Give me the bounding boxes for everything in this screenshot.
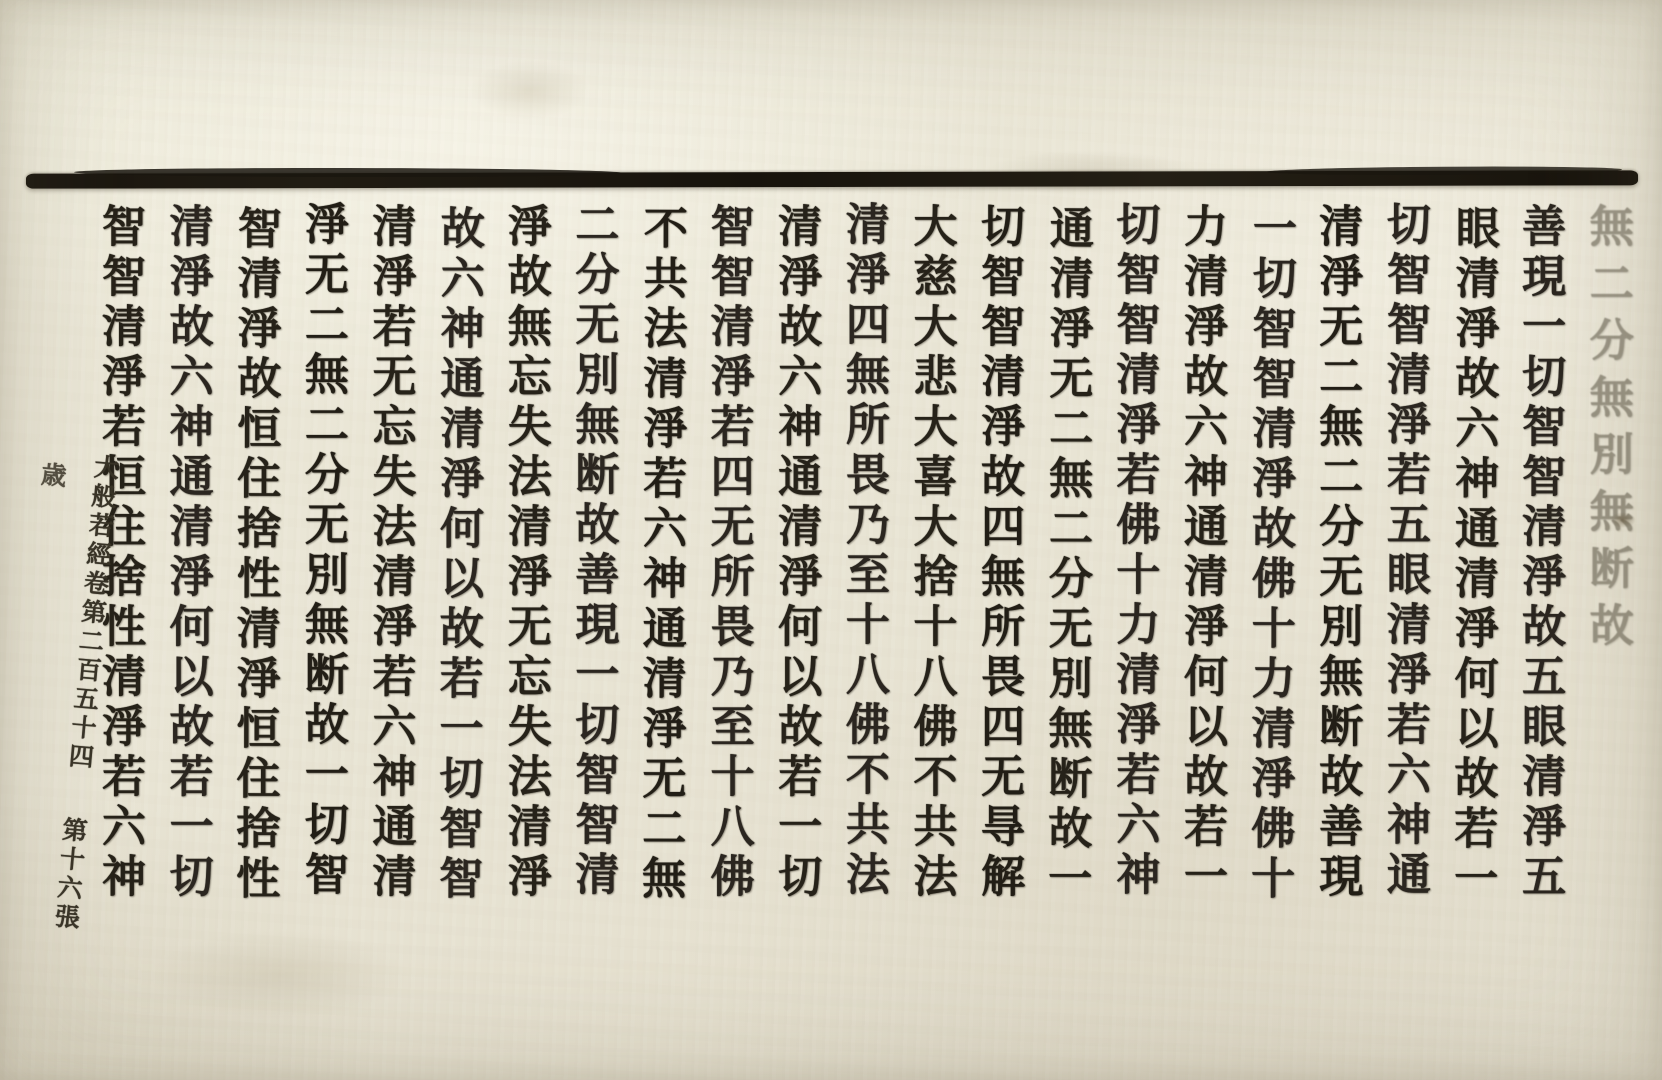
sutra-text-block: 無二分無別無断故善現一切智智清淨故五眼清淨五眼清淨故六神通清淨何以故若一切智智清… — [88, 203, 1638, 908]
text-column: 大慈大悲大喜大捨十八佛不共法 — [900, 203, 962, 908]
text-column: 眼清淨故六神通清淨何以故若一 — [1440, 205, 1504, 910]
text-column: 切智智清淨若五眼清淨若六神通 — [1373, 201, 1435, 906]
text-column: 清淨故六神通清淨何以故若一切 — [764, 203, 826, 908]
text-column: 淨故無忘失法清淨无忘失法清淨 — [494, 203, 556, 908]
page-border-top-rule — [26, 170, 1638, 188]
text-column: 清淨故六神通清淨何以故若一切 — [156, 203, 218, 908]
text-column: 智智清淨若四无所畏乃至十八佛 — [697, 203, 759, 908]
text-column: 通清淨无二無二分无別無断故一 — [1034, 205, 1098, 910]
sutra-page: 無二分無別無断故善現一切智智清淨故五眼清淨五眼清淨故六神通清淨何以故若一切智智清… — [0, 0, 1662, 1080]
text-column: 切智智清淨故四無所畏四无㝵解 — [967, 203, 1029, 908]
text-column: 切智智清淨若佛十力清淨若六神 — [1102, 201, 1164, 906]
text-column: 二分无別無断故善現一切智智清 — [561, 201, 623, 906]
paper-stain — [150, 930, 410, 1020]
text-column: 淨无二無二分无別無断故一切智 — [291, 201, 353, 906]
text-column: 力清淨故六神通清淨何以故若一 — [1170, 203, 1232, 908]
text-column: 善現一切智智清淨故五眼清淨五 — [1508, 203, 1570, 908]
text-column: 清淨四無所畏乃至十八佛不共法 — [832, 201, 894, 906]
text-column: 清淨若无忘失法清淨若六神通清 — [359, 203, 421, 908]
text-column: 無二分無別無断故 — [1576, 203, 1638, 908]
text-column: 故六神通清淨何以故若一切智智 — [425, 205, 489, 910]
paper-stain — [470, 60, 590, 120]
colophon-sheet-number: 第十六張 — [50, 816, 89, 934]
text-column: 清淨无二無二分无別無断故善現 — [1305, 203, 1367, 908]
text-column: 不共法清淨若六神通清淨无二無 — [628, 205, 692, 910]
text-column: 智清淨故恒住捨性清淨恒住捨性 — [222, 205, 286, 910]
text-column: 一切智智清淨故佛十力清淨佛十 — [1237, 205, 1301, 910]
colophon-case-character: 歳 — [37, 460, 68, 491]
